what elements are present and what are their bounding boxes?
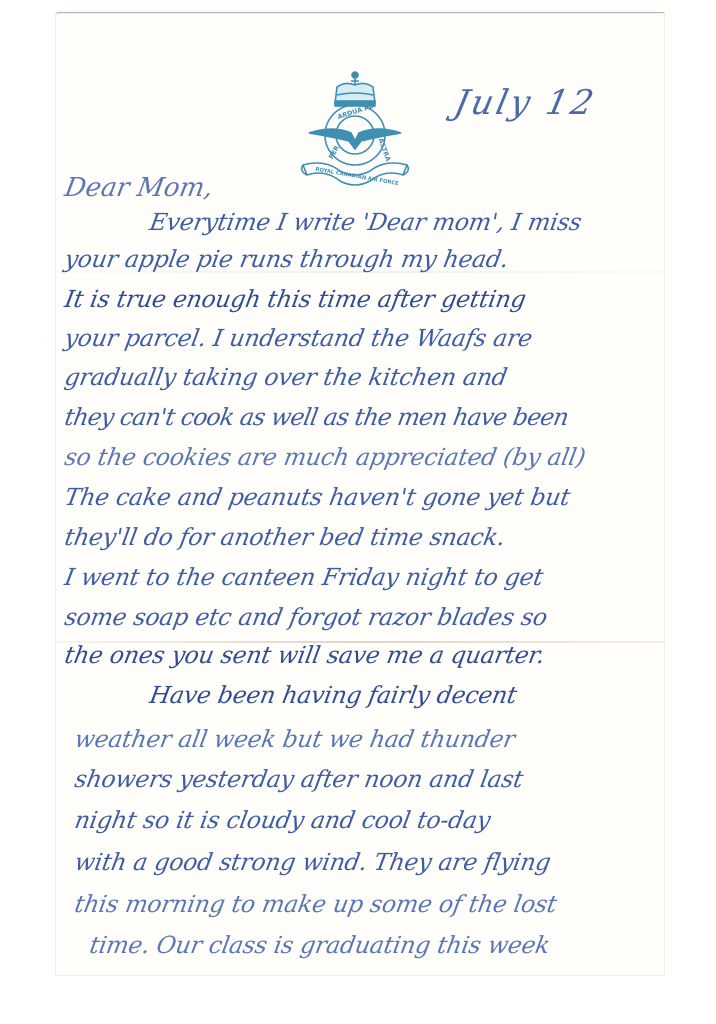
letter-line: night so it is cloudy and cool to-day bbox=[73, 806, 493, 834]
letter-line: they'll do for another bed time snack. bbox=[63, 523, 508, 551]
letter-line: some soap etc and forgot razor blades so bbox=[63, 603, 550, 631]
letter-date: July 12 bbox=[451, 83, 600, 123]
letter-line: Everytime I write 'Dear mom', I miss bbox=[148, 208, 584, 236]
letter-line: your apple pie runs through my head. bbox=[63, 245, 511, 273]
letter-line: gradually taking over the kitchen and bbox=[63, 363, 510, 391]
letter-line: they can't cook as well as the men have … bbox=[63, 403, 571, 431]
svg-text:ASTRA: ASTRA bbox=[376, 137, 392, 162]
letter-line: It is true enough this time after gettin… bbox=[63, 285, 529, 313]
svg-text:PER: PER bbox=[327, 144, 341, 160]
rcaf-crest-icon: ARDUA AD PER ASTRA ROYAL CANADIAN AIR FO… bbox=[295, 63, 415, 188]
letter-line: this morning to make up some of the lost bbox=[73, 890, 559, 918]
letter-line: Have been having fairly decent bbox=[148, 681, 519, 709]
letter-page: ARDUA AD PER ASTRA ROYAL CANADIAN AIR FO… bbox=[55, 12, 665, 976]
letter-line: with a good strong wind. They are flying bbox=[73, 848, 554, 876]
letter-line: The cake and peanuts haven't gone yet bu… bbox=[63, 483, 573, 511]
letter-line: your parcel. I understand the Waafs are bbox=[63, 324, 535, 352]
letter-line: weather all week but we had thunder bbox=[73, 725, 518, 753]
salutation: Dear Mom, bbox=[62, 173, 215, 203]
letter-line: the ones you sent will save me a quarter… bbox=[63, 641, 547, 669]
letter-line: so the cookies are much appreciated (by … bbox=[63, 443, 588, 471]
letter-line: showers yesterday after noon and last bbox=[73, 765, 526, 793]
letter-line: time. Our class is graduating this week bbox=[88, 931, 553, 959]
letter-line: I went to the canteen Friday night to ge… bbox=[63, 563, 546, 591]
